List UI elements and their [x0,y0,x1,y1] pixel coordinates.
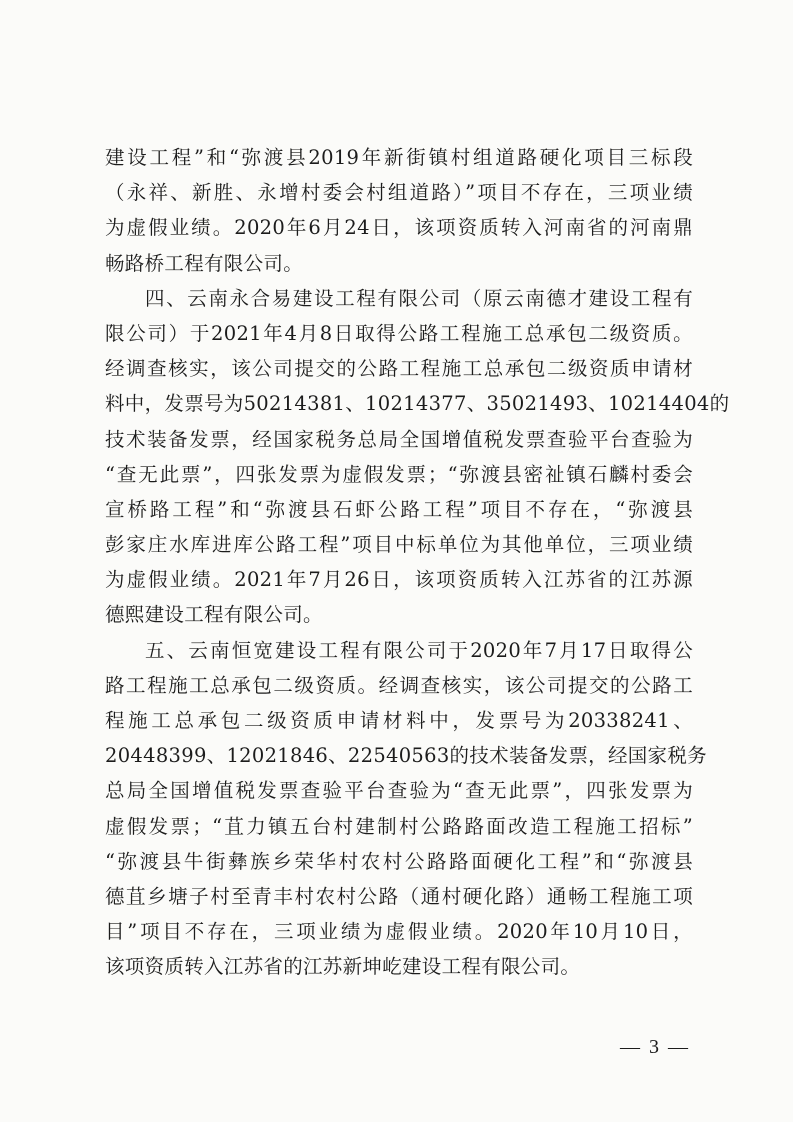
text-line: 料中，发票号为50214381、10214377、35021493、102144… [105,386,693,421]
text-line: 为虚假业绩。2020年6月24日，该项资质转入河南省的河南鼎 [105,210,693,245]
paragraph-p-five: 五、云南恒宽建设工程有限公司于2020年7月17日取得公路工程施工总承包二级资质… [105,633,693,985]
text-line: 五、云南恒宽建设工程有限公司于2020年7月17日取得公 [105,633,693,668]
page-number: — 3 — [620,1036,690,1059]
text-line: 德苴乡塘子村至青丰村农村公路（通村硬化路）通畅工程施工项 [105,879,693,914]
text-line: 德熙建设工程有限公司。 [105,597,693,632]
text-line: 彭家庄水库进库公路工程”项目中标单位为其他单位，三项业绩 [105,527,693,562]
text-line: 建设工程”和“弥渡县2019年新街镇村组道路硬化项目三标段 [105,140,693,175]
text-line: （永祥、新胜、永增村委会村组道路）”项目不存在，三项业绩 [105,175,693,210]
text-line: 为虚假业绩。2021年7月26日，该项资质转入江苏省的江苏源 [105,562,693,597]
text-line: “查无此票”，四张发票为虚假发票；“弥渡县密祉镇石麟村委会 [105,457,693,492]
document-page: 建设工程”和“弥渡县2019年新街镇村组道路硬化项目三标段（永祥、新胜、永增村委… [0,0,793,1122]
text-line: 程施工总承包二级资质申请材料中，发票号为20338241、 [105,703,693,738]
text-line: 目”项目不存在，三项业绩为虚假业绩。2020年10月10日， [105,914,693,949]
text-line: 畅路桥工程有限公司。 [105,246,693,281]
text-line: 技术装备发票，经国家税务总局全国增值税发票查验平台查验为 [105,422,693,457]
text-line: “弥渡县牛街彝族乡荣华村农村公路路面硬化工程”和“弥渡县 [105,844,693,879]
text-line: 总局全国增值税发票查验平台查验为“查无此票”，四张发票为 [105,773,693,808]
text-line: 限公司）于2021年4月8日取得公路工程施工总承包二级资质。 [105,316,693,351]
text-line: 宣桥路工程”和“弥渡县石虾公路工程”项目不存在，“弥渡县 [105,492,693,527]
text-line: 虚假发票；“苴力镇五台村建制村公路路面改造工程施工招标” [105,809,693,844]
text-line: 该项资质转入江苏省的江苏新坤屹建设工程有限公司。 [105,949,693,984]
text-line: 路工程施工总承包二级资质。经调查核实，该公司提交的公路工 [105,668,693,703]
text-line: 四、云南永合易建设工程有限公司（原云南德才建设工程有 [105,281,693,316]
body-text: 建设工程”和“弥渡县2019年新街镇村组道路硬化项目三标段（永祥、新胜、永增村委… [105,140,693,985]
text-line: 经调查核实，该公司提交的公路工程施工总承包二级资质申请材 [105,351,693,386]
paragraph-p-four: 四、云南永合易建设工程有限公司（原云南德才建设工程有限公司）于2021年4月8日… [105,281,693,633]
text-line: 20448399、12021846、22540563的技术装备发票，经国家税务 [105,738,693,773]
paragraph-p-continued: 建设工程”和“弥渡县2019年新街镇村组道路硬化项目三标段（永祥、新胜、永增村委… [105,140,693,281]
